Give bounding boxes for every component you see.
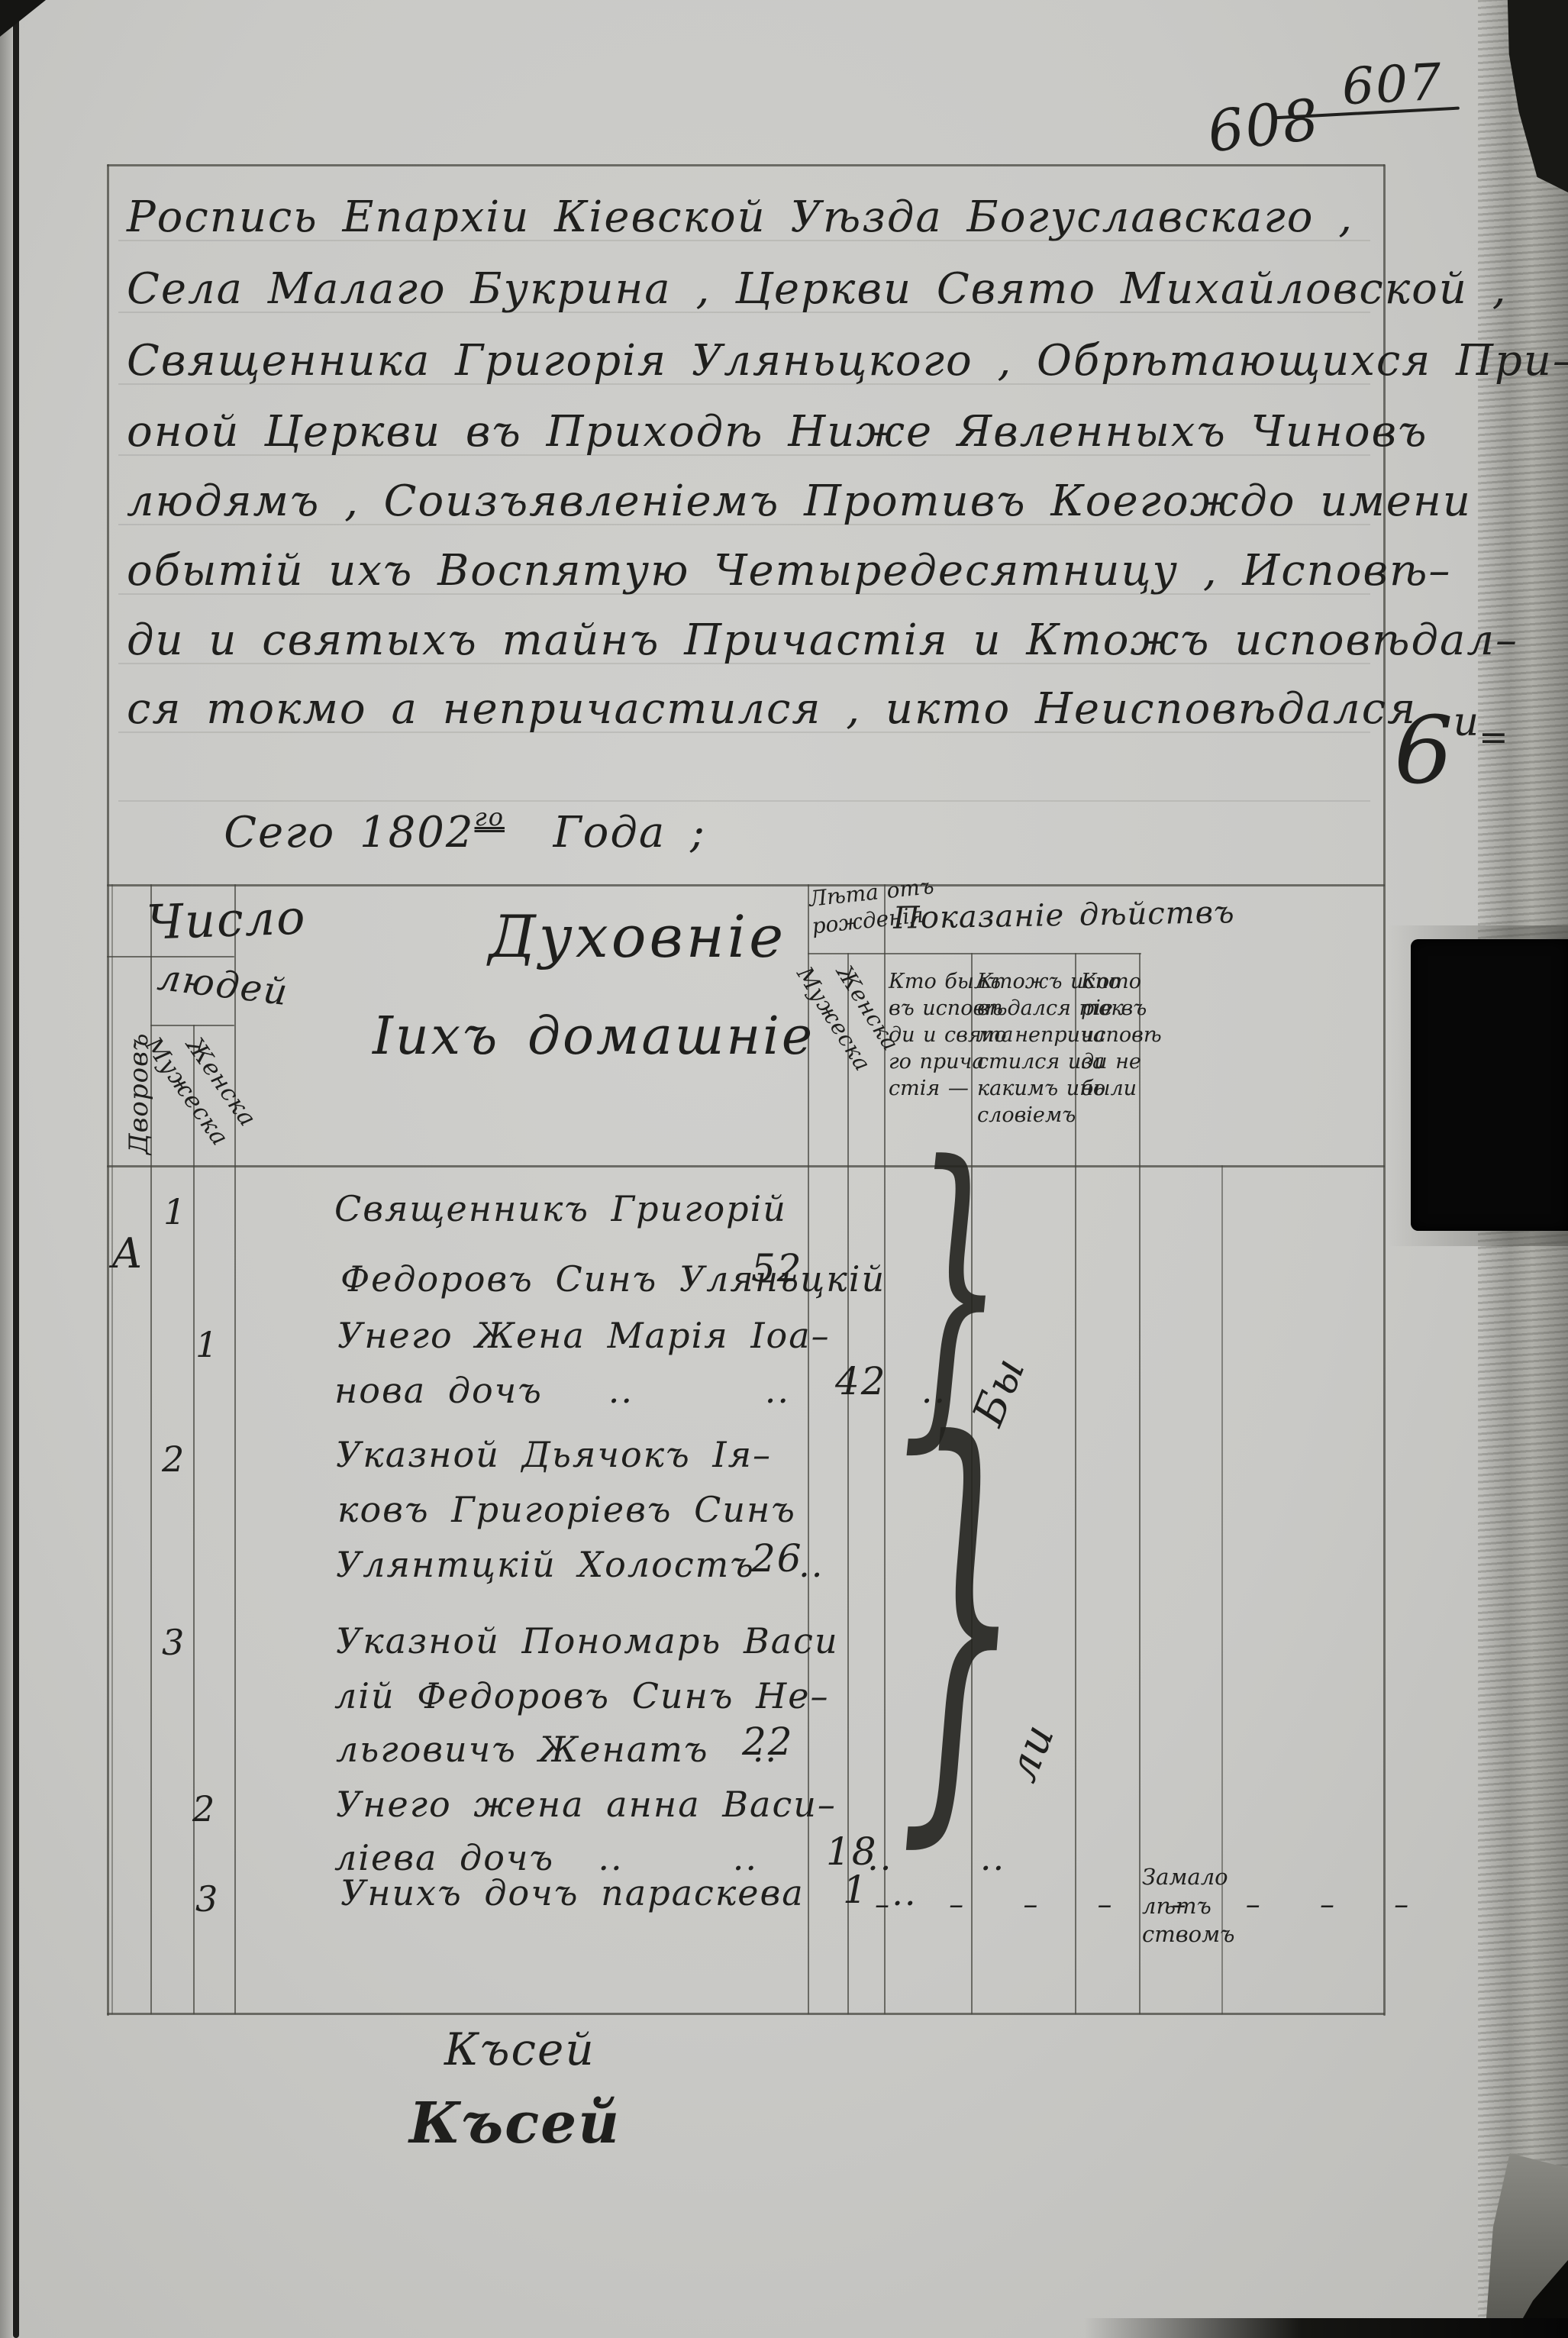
header-line: ди и святыхъ тайнъ Причастія и Ктожъ исп…	[127, 615, 1518, 665]
date-year-suffix: го	[475, 802, 505, 832]
page-number: 608	[1204, 86, 1324, 165]
grid-line	[1139, 953, 1141, 2014]
female-count: 1	[195, 1324, 219, 1365]
grid-line	[193, 1025, 195, 2014]
footer-line: Късей	[409, 2091, 621, 2156]
margin-mark: 6и=	[1394, 696, 1508, 805]
header-chislo: Число	[146, 889, 308, 950]
grid-line	[107, 164, 109, 2016]
header-line: Священника Григорія Уляньцкого , Обрѣтаю…	[127, 336, 1568, 386]
header-line: Села Малаго Букрина , Церкви Свято Михай…	[127, 264, 1508, 314]
left-gutter-shadow	[0, 0, 12, 2338]
header-pokazanie: Показаніе дѣйствъ	[893, 895, 1235, 936]
manuscript-page: 607 608 Роспись Епархіи Кіевской Уѣзда Б…	[0, 0, 1568, 2338]
grid-line	[107, 2013, 1385, 2015]
male-age: 26	[751, 1536, 803, 1581]
grid-line	[808, 953, 1141, 954]
male-count: 1	[163, 1191, 187, 1232]
grid-line	[150, 1025, 234, 1026]
grid-line	[107, 884, 1385, 886]
minority-note: Замало лѣтъ ствомъ	[1142, 1863, 1234, 1949]
female-age: 42	[835, 1359, 887, 1403]
grid-line	[234, 884, 236, 2014]
header-line: обытій ихъ Воспятую Четыредесятницу , Ис…	[127, 546, 1451, 596]
record-line: Федоровъ Синъ Уляньцкій	[340, 1258, 886, 1300]
record-line: лій Федоровъ Синъ Не–	[334, 1675, 829, 1716]
header-line: ся токмо а непричастился , икто Неисповѣ…	[127, 684, 1417, 734]
bookmark-tab	[1411, 939, 1568, 1231]
margin-mark-sup: и	[1453, 699, 1479, 745]
grid-line	[111, 884, 113, 2014]
male-count: 2	[162, 1439, 186, 1480]
date-year: 1802	[360, 808, 475, 857]
left-binding-line	[13, 0, 19, 2338]
record-line: Унего Жена Марія Іоа–	[337, 1315, 831, 1356]
group-brace: }	[899, 1434, 1021, 1800]
top-left-corner-mark	[0, 0, 46, 37]
date-suffix: Года ;	[505, 808, 706, 857]
record-line: Унихъ дочъ параскева ..	[340, 1872, 917, 1913]
header-domashnie: Іихъ домашніе	[373, 1006, 815, 1067]
male-count: 3	[162, 1622, 186, 1663]
male-age: 52	[751, 1246, 803, 1290]
record-line: Указной Пономарь Васи	[336, 1620, 839, 1661]
grid-line	[107, 1165, 1385, 1167]
header-line: оной Церкви въ Приходѣ Ниже Явленныхъ Чи…	[127, 407, 1428, 457]
header-line: Роспись Епархіи Кіевской Уѣзда Богуславс…	[127, 192, 1353, 242]
record-line: ковъ Григоріевъ Синъ	[337, 1489, 796, 1530]
margin-mark-eq: =	[1479, 716, 1508, 757]
header-col-absent: Кото ріе въ исповѣ ди не были	[1081, 968, 1162, 1102]
female-count: 2	[192, 1788, 216, 1829]
page-number-crossed: 607	[1341, 53, 1444, 117]
header-line: людямъ , Соизъявленіемъ Противъ Коегождо…	[127, 476, 1472, 526]
header-lyudey: людей	[155, 956, 291, 1015]
grid-line	[107, 164, 1385, 166]
record-line: Унего жена анна Васи–	[336, 1784, 837, 1825]
margin-mark-digit: 6	[1394, 696, 1453, 805]
record-line: Священникъ Григорій	[334, 1188, 787, 1229]
household-number: А	[111, 1229, 144, 1277]
bottom-edge-streak	[1084, 2318, 1568, 2338]
date-prefix: Сего	[224, 808, 360, 857]
female-age: 1	[843, 1868, 869, 1912]
male-age: 22	[742, 1720, 794, 1764]
record-line: льговичъ Женатъ ..	[336, 1729, 778, 1770]
footer-line: Късей	[444, 2023, 595, 2075]
header-dukhovnie: Духовніе	[489, 903, 786, 970]
female-count: 3	[195, 1878, 219, 1920]
record-line: Указной Дьячокъ Ія–	[336, 1434, 772, 1475]
